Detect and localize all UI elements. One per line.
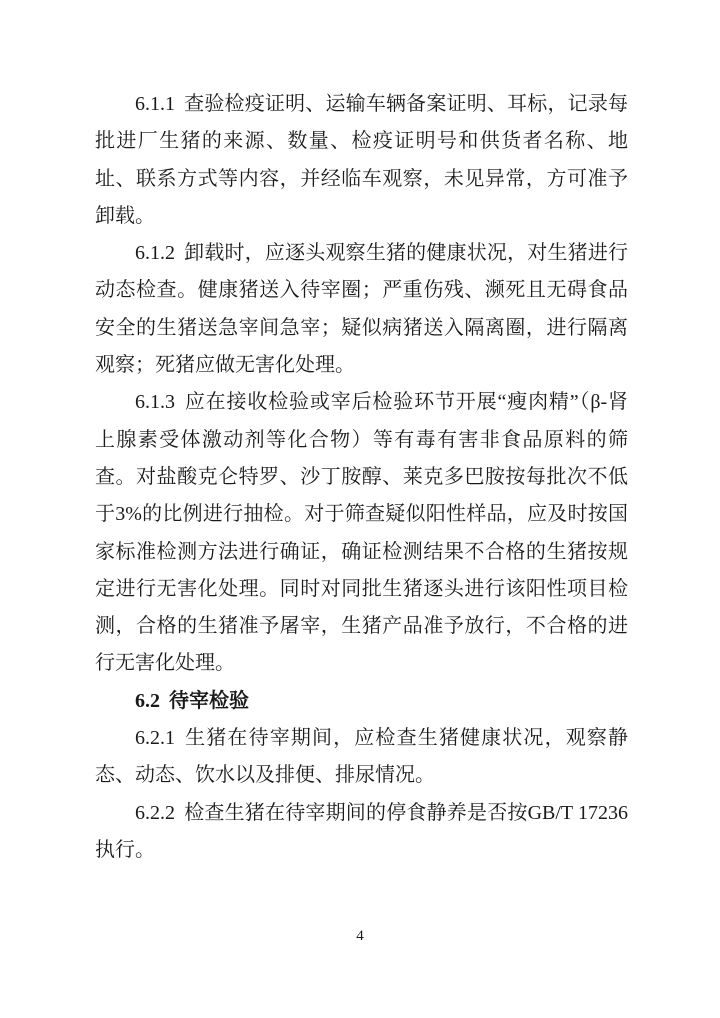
- page-footer: 4: [0, 926, 720, 946]
- document-page: 6.1.1查验检疫证明、运输车辆备案证明、耳标，记录每批进厂生猪的来源、数量、检…: [0, 0, 720, 1018]
- paragraph: 6.1.2卸载时，应逐头观察生猪的健康状况，对生猪进行动态检查。健康猪送入待宰圈…: [95, 235, 628, 384]
- section-text: 应在接收检验或宰后检验环节开展“瘦肉精”（β-肾上腺素受体激动剂等化合物）等有毒…: [95, 391, 628, 674]
- paragraph: 6.2.2检查生猪在待宰期间的停食静养是否按GB/T 17236执行。: [95, 795, 628, 870]
- paragraph: 6.1.3应在接收检验或宰后检验环节开展“瘦肉精”（β-肾上腺素受体激动剂等化合…: [95, 384, 628, 682]
- paragraph: 6.2.1生猪在待宰期间，应检查生猪健康状况，观察静态、动态、饮水以及排便、排尿…: [95, 720, 628, 795]
- section-number: 6.2.1: [135, 727, 175, 749]
- document-body: 6.1.1查验检疫证明、运输车辆备案证明、耳标，记录每批进厂生猪的来源、数量、检…: [95, 86, 628, 869]
- page-number: 4: [356, 928, 364, 944]
- section-number: 6.1.1: [135, 93, 175, 115]
- section-number: 6.2: [135, 690, 160, 712]
- paragraph: 6.1.1查验检疫证明、运输车辆备案证明、耳标，记录每批进厂生猪的来源、数量、检…: [95, 86, 628, 235]
- section-heading: 6.2待宰检验: [95, 683, 628, 720]
- section-text: 待宰检验: [169, 690, 249, 712]
- section-number: 6.2.2: [135, 802, 175, 824]
- section-number: 6.1.3: [135, 391, 175, 413]
- section-number: 6.1.2: [135, 242, 175, 264]
